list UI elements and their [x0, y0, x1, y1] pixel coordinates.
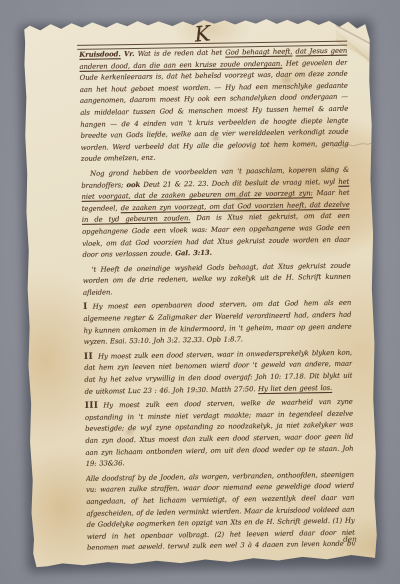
text-segment: Hy liet den geest los.	[258, 384, 332, 393]
paragraph-question: Kruisdood. Vr. Wat is de reden dat het G…	[79, 46, 349, 166]
paragraph-reden-3: IIIHy moest zulk een dood sterven, welke…	[85, 397, 354, 471]
catchword: den	[317, 535, 357, 545]
paragraph-voorbeelden: Nog grond hebben de voorbeelden van 't p…	[81, 165, 350, 262]
text-segment: Hy moest een openbaaren dood sterven, om…	[83, 299, 351, 346]
text-segment: Wat is de reden dat het	[138, 49, 226, 58]
paragraph-reden-1-text: Hy moest een openbaaren dood sterven, om…	[83, 299, 351, 346]
paragraph-reden-2-text: Hy moest zulk een dood sterven, waar in …	[84, 348, 352, 395]
text-segment: God behaagt heeft,	[225, 48, 292, 57]
text-segment: Deut 21 & 22. 23. Doch dit besluit de vr…	[140, 177, 338, 188]
paragraph-drie-redenen: 't Heeft de oneindige wysheid Gods behaa…	[83, 260, 352, 299]
text-segment: 't Heeft de oneindige wysheid Gods behaa…	[83, 261, 351, 296]
manuscript-text-block: Kruisdood. Vr. Wat is de reden dat het G…	[79, 46, 355, 550]
paragraph-doodstraffen: Alle doodstraf by de Jooden, als worgen,…	[86, 469, 355, 549]
text-segment: Vr.	[121, 50, 138, 58]
text-segment: Gal. 3:13.	[175, 249, 212, 258]
text-segment: Het gevoelen der Oude kerkenleeraars is,…	[80, 58, 349, 163]
manuscript-page: K Kruisdood. Vr. Wat is de reden dat het…	[23, 15, 380, 567]
paragraph-reden-1: IHy moest een openbaaren dood sterven, o…	[83, 298, 352, 349]
roman-numeral-ii: II	[84, 352, 93, 362]
text-segment: ook	[126, 180, 140, 188]
text-segment: Hy moest zulk een dood sterven, welke de…	[85, 398, 354, 468]
roman-numeral-i: I	[83, 302, 88, 312]
text-segment: Alle doodstraf by de Jooden, als worgen,…	[86, 470, 355, 549]
paragraph-reden-2: IIHy moest zulk een dood sterven, waar i…	[84, 347, 353, 398]
photograph-backdrop: { "document": { "header_letter": "K", "c…	[0, 0, 400, 584]
roman-numeral-iii: III	[85, 401, 99, 411]
text-segment: Kruisdood.	[79, 50, 120, 59]
paragraph-reden-3-text: Hy moest zulk een dood sterven, welke de…	[85, 398, 354, 468]
